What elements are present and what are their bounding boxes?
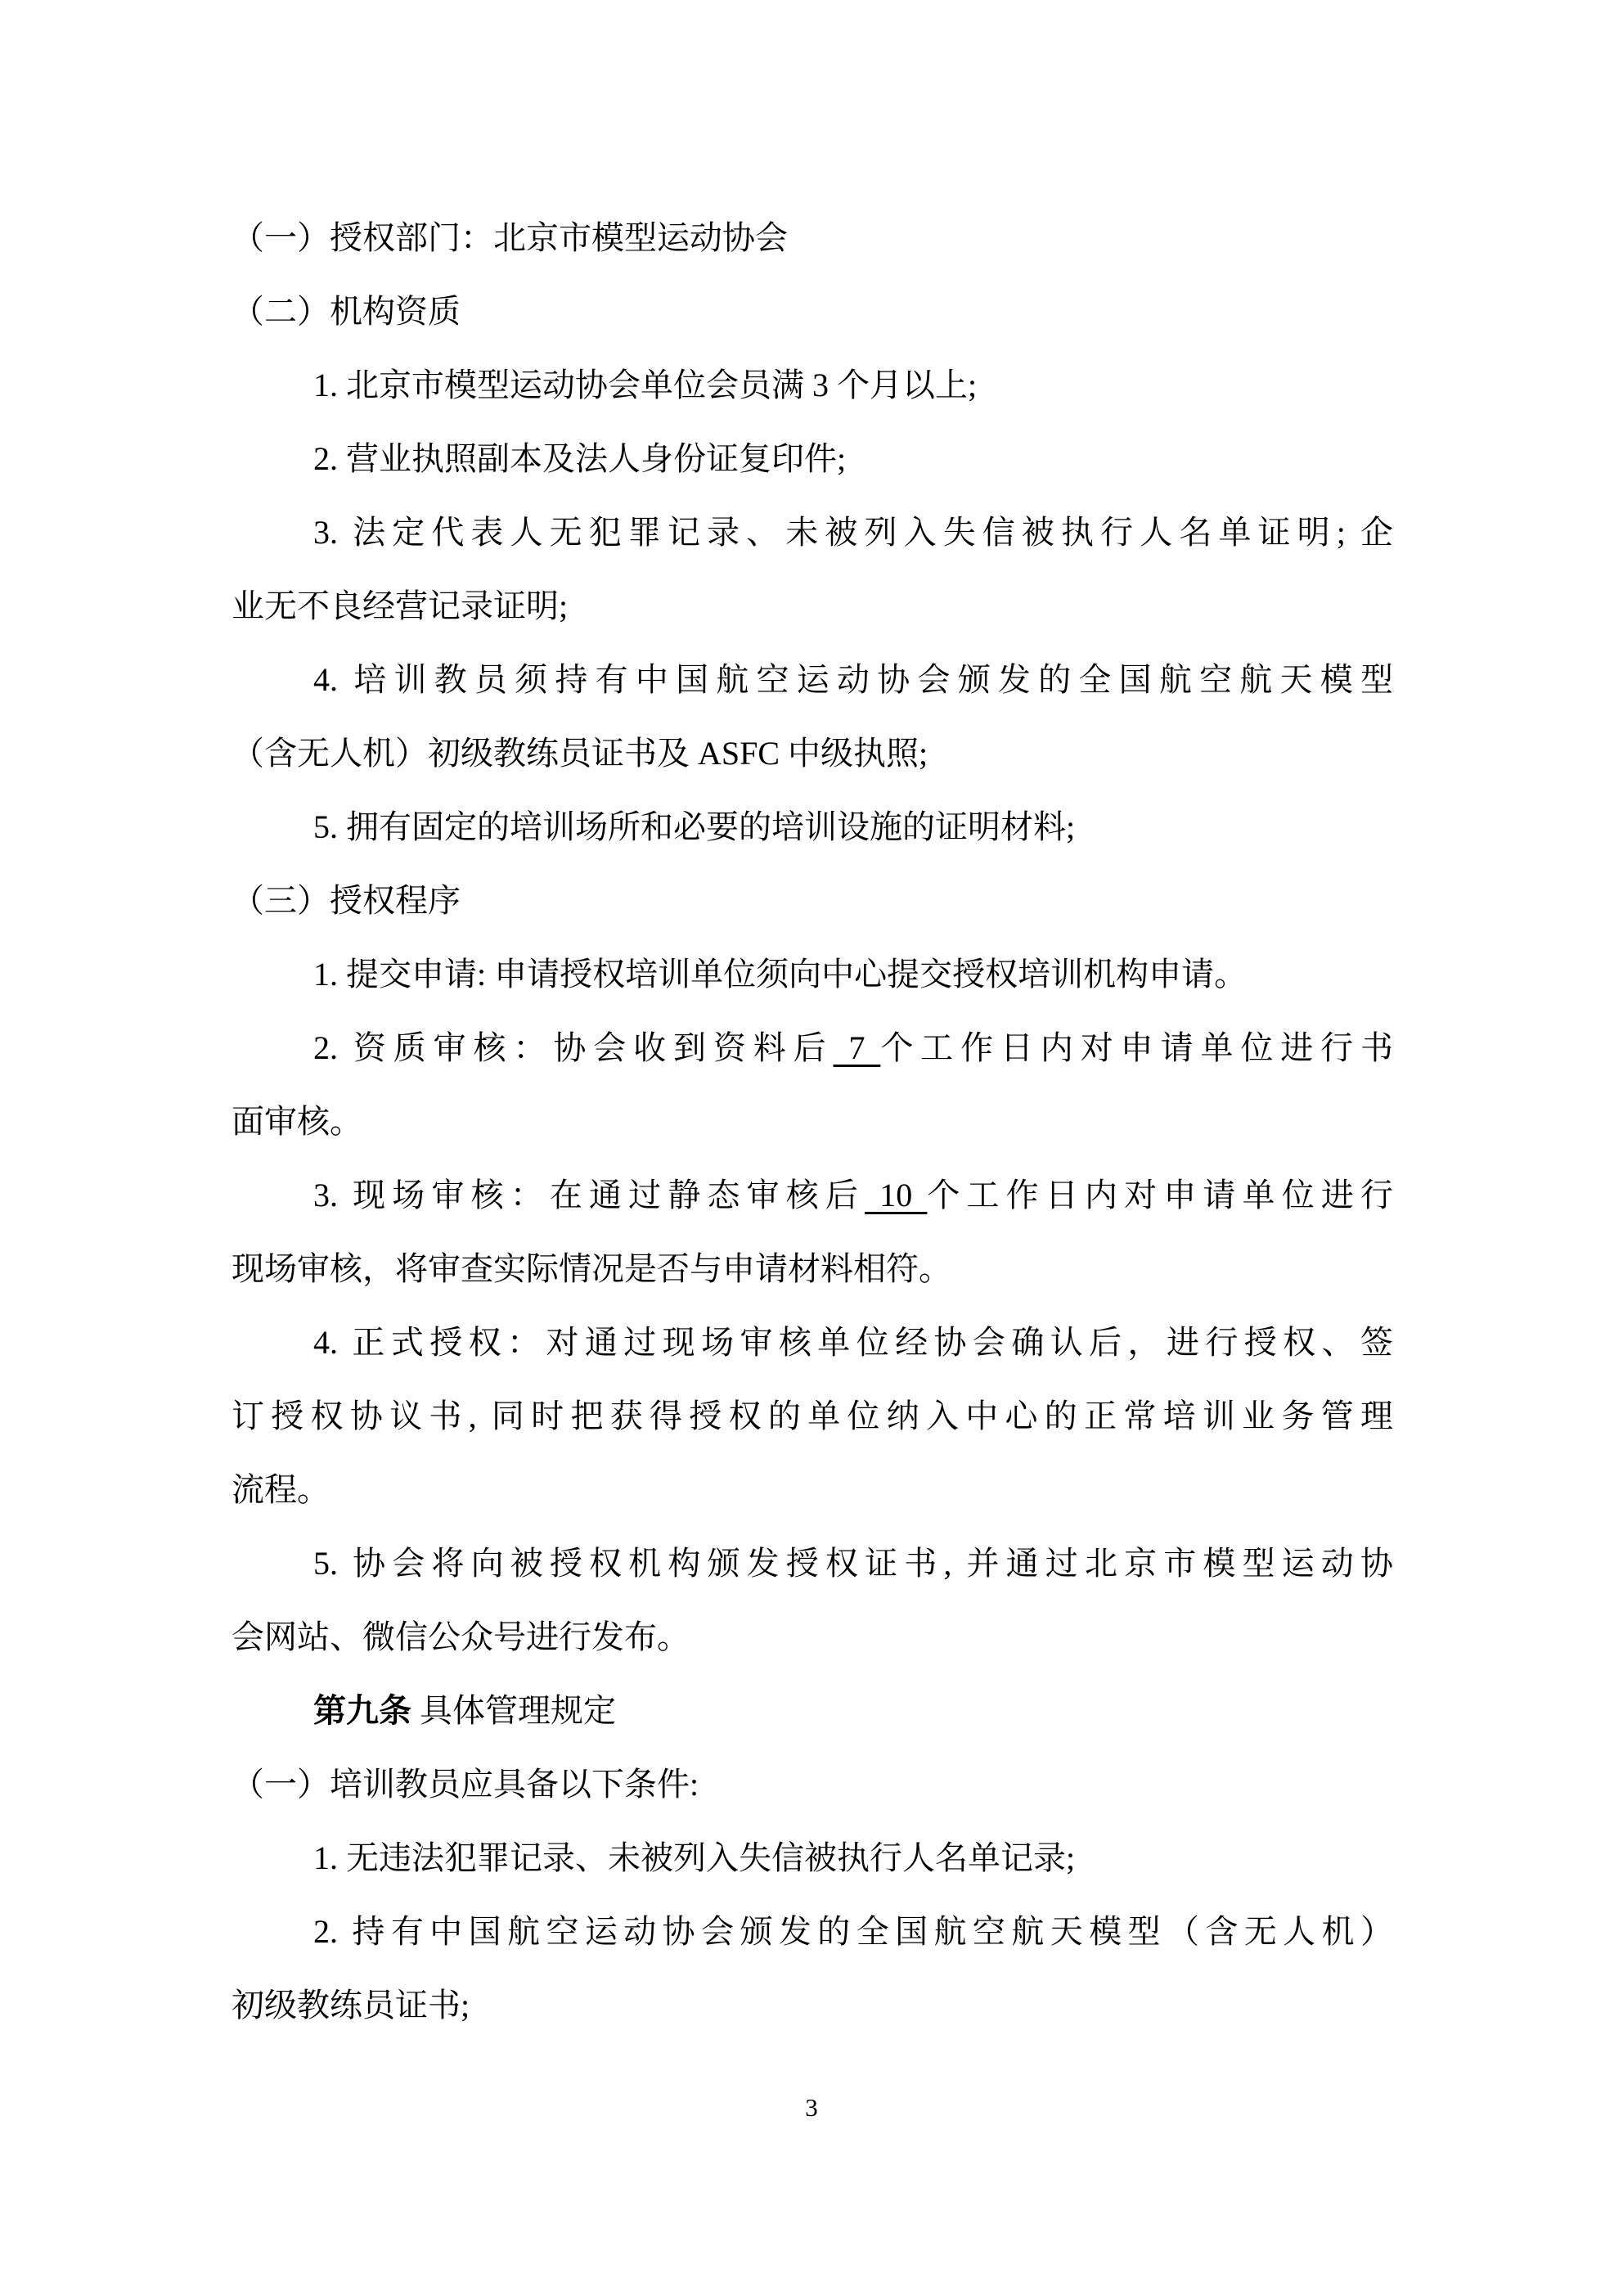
- document-line: 2. 资质审核：协会收到资料后 7 个工作日内对申请单位进行书: [232, 1011, 1393, 1085]
- text-run: 3. 法定代表人无犯罪记录、未被列入失信被执行人名单证明; 企: [313, 514, 1393, 551]
- text-run: 3. 现场审核：在通过静态审核后: [313, 1177, 865, 1213]
- text-run: 4. 培训教员须持有中国航空运动协会颁发的全国航空航天模型: [313, 661, 1393, 698]
- document-page: （一）授权部门：北京市模型运动协会（二）机构资质1. 北京市模型运动协会单位会员…: [0, 0, 1623, 2296]
- text-run: 初级教练员证书;: [232, 1987, 470, 2024]
- document-line: （一）授权部门：北京市模型运动协会: [232, 201, 1393, 275]
- document-line: 1. 提交申请: 申请授权培训单位须向中心提交授权培训机构申请。: [232, 938, 1393, 1011]
- text-run: 2. 资质审核：协会收到资料后: [313, 1029, 834, 1066]
- document-line: 5. 协会将向被授权机构颁发授权证书, 并通过北京市模型运动协: [232, 1527, 1393, 1600]
- bold-heading-text: 第九条: [313, 1692, 411, 1729]
- document-line: 2. 营业执照副本及法人身份证复印件;: [232, 422, 1393, 496]
- document-line: 流程。: [232, 1453, 1393, 1527]
- text-run: 2. 持有中国航空运动协会颁发的全国航空航天模型（含无人机）: [313, 1913, 1393, 1950]
- document-line: 4. 培训教员须持有中国航空运动协会颁发的全国航空航天模型: [232, 643, 1393, 717]
- page-number: 3: [0, 2091, 1623, 2124]
- document-line: 5. 拥有固定的培训场所和必要的培训设施的证明材料;: [232, 790, 1393, 864]
- text-run: 4. 正式授权：对通过现场审核单位经协会确认后，进行授权、签: [313, 1324, 1393, 1361]
- document-line: 初级教练员证书;: [232, 1969, 1393, 2042]
- text-run: 1. 北京市模型运动协会单位会员满 3 个月以上;: [313, 367, 977, 403]
- underlined-text: 10: [865, 1177, 927, 1213]
- text-run: 个工作日内对申请单位进行书: [880, 1029, 1393, 1066]
- document-line: （含无人机）初级教练员证书及 ASFC 中级执照;: [232, 717, 1393, 790]
- document-line: 1. 无违法犯罪记录、未被列入失信被执行人名单记录;: [232, 1821, 1393, 1895]
- text-run: 2. 营业执照副本及法人身份证复印件;: [313, 440, 846, 477]
- text-run: （三）授权程序: [232, 882, 461, 919]
- text-run: （含无人机）初级教练员证书及 ASFC 中级执照;: [232, 735, 928, 772]
- document-line: 会网站、微信公众号进行发布。: [232, 1600, 1393, 1674]
- text-run: 个工作日内对申请单位进行: [927, 1177, 1393, 1213]
- document-line: （三）授权程序: [232, 864, 1393, 938]
- document-line: （二）机构资质: [232, 275, 1393, 349]
- text-run: 5. 协会将向被授权机构颁发授权证书, 并通过北京市模型运动协: [313, 1545, 1393, 1582]
- document-line: 业无不良经营记录证明;: [232, 569, 1393, 643]
- text-run: 现场审核，将审查实际情况是否与申请材料相符。: [232, 1250, 951, 1287]
- text-run: 1. 无违法犯罪记录、未被列入失信被执行人名单记录;: [313, 1839, 1075, 1876]
- text-run: （一）培训教员应具备以下条件:: [232, 1766, 699, 1803]
- document-line: （一）培训教员应具备以下条件:: [232, 1748, 1393, 1821]
- text-run: 面审核。: [232, 1103, 362, 1140]
- document-line: 面审核。: [232, 1085, 1393, 1159]
- document-line: 3. 法定代表人无犯罪记录、未被列入失信被执行人名单证明; 企: [232, 496, 1393, 569]
- text-run: 1. 提交申请: 申请授权培训单位须向中心提交授权培训机构申请。: [313, 956, 1247, 993]
- underlined-text: 7: [834, 1029, 881, 1066]
- text-run: 5. 拥有固定的培训场所和必要的培训设施的证明材料;: [313, 808, 1075, 845]
- document-line: 1. 北京市模型运动协会单位会员满 3 个月以上;: [232, 349, 1393, 422]
- text-run: 流程。: [232, 1471, 330, 1508]
- document-line: 第九条 具体管理规定: [232, 1674, 1393, 1748]
- text-run: （一）授权部门：北京市模型运动协会: [232, 219, 788, 256]
- document-body: （一）授权部门：北京市模型运动协会（二）机构资质1. 北京市模型运动协会单位会员…: [232, 201, 1393, 2042]
- text-run: 业无不良经营记录证明;: [232, 588, 568, 624]
- document-line: 4. 正式授权：对通过现场审核单位经协会确认后，进行授权、签: [232, 1306, 1393, 1380]
- text-run: 具体管理规定: [411, 1692, 616, 1729]
- document-line: 3. 现场审核：在通过静态审核后 10 个工作日内对申请单位进行: [232, 1159, 1393, 1232]
- text-run: 订授权协议书, 同时把获得授权的单位纳入中心的正常培训业务管理: [232, 1398, 1393, 1434]
- document-line: 订授权协议书, 同时把获得授权的单位纳入中心的正常培训业务管理: [232, 1380, 1393, 1453]
- document-line: 2. 持有中国航空运动协会颁发的全国航空航天模型（含无人机）: [232, 1895, 1393, 1969]
- text-run: （二）机构资质: [232, 293, 461, 330]
- text-run: 会网站、微信公众号进行发布。: [232, 1618, 690, 1655]
- document-line: 现场审核，将审查实际情况是否与申请材料相符。: [232, 1232, 1393, 1306]
